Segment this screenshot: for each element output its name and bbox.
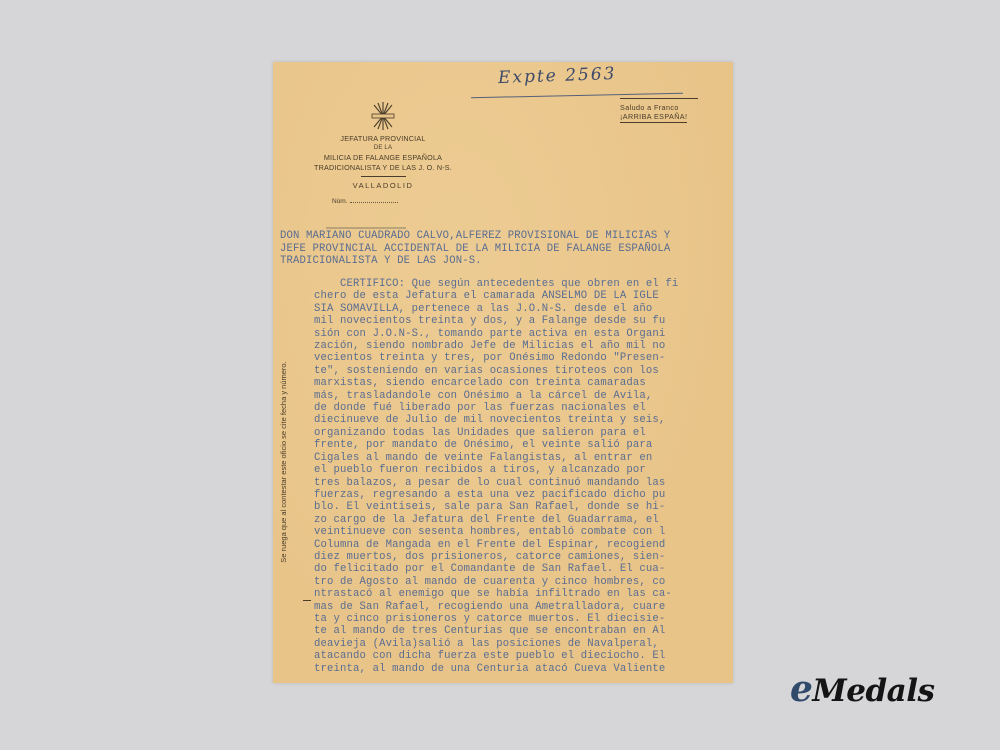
margin-fold-mark — [303, 600, 311, 601]
letterhead-line: MILICIA DE FALANGE ESPAÑOLA — [273, 153, 493, 163]
yoke-and-arrows-icon — [369, 100, 397, 132]
salute-block: Saludo a Franco ¡ARRIBA ESPAÑA! — [620, 98, 698, 123]
margin-instruction: Se ruega que al contestar este oficio se… — [279, 297, 295, 627]
typed-line: ntrastacó al enemigo que se había infilt… — [314, 588, 678, 600]
letterhead-divider — [361, 176, 406, 177]
typed-certificate-body: CERTIFICO: Que según antecedentes que ob… — [314, 278, 678, 675]
typed-line: te al mando de tres Centurias que se enc… — [314, 625, 678, 637]
typed-line: ta y cinco prisioneros y catorce muertos… — [314, 613, 678, 625]
typed-line: do felicitado por el Comandante de San R… — [314, 563, 678, 575]
typed-line: vecientos treinta y tres, por Onésimo Re… — [314, 352, 678, 364]
typed-line: zación, siendo nombrado Jefe de Milicias… — [314, 340, 678, 352]
typed-line: blo. El veintiseis, sale para San Rafael… — [314, 501, 678, 513]
typed-line: más, trasladandole con Onésimo a la cárc… — [314, 390, 678, 402]
typed-line: chero de esta Jefatura el camarada ANSEL… — [314, 290, 678, 302]
typed-line: deavieja (Avila)salió a las posiciones d… — [314, 638, 678, 650]
typed-introduction: DON MARIANO CUADRADO CALVO,ALFEREZ PROVI… — [280, 230, 670, 268]
number-label: Núm. — [332, 198, 348, 205]
document-page: Expte 2563 JEFATURA PROVINCIAL DE LA MIL… — [273, 62, 733, 683]
typed-line: sión con J.O.N-S., tomando parte activa … — [314, 328, 678, 340]
letterhead-line: DE LA — [273, 144, 493, 154]
logo-wordmark: Medals — [812, 673, 934, 709]
number-field: Núm. — [287, 198, 493, 205]
typed-line: JEFE PROVINCIAL ACCIDENTAL DE LA MILICIA… — [280, 243, 670, 256]
letterhead-line: TRADICIONALISTA Y DE LAS J. O. N-S. — [273, 163, 493, 173]
typed-line: CERTIFICO: Que según antecedentes que ob… — [314, 278, 678, 290]
typed-line: el pueblo fueron recibidos a tiros, y al… — [314, 464, 678, 476]
typed-line: diecinueve de Julio de mil novecientos t… — [314, 414, 678, 426]
number-underbar — [326, 227, 406, 229]
typed-line: SIA SOMAVILLA, pertenece a las J.O.N-S. … — [314, 303, 678, 315]
typed-line: TRADICIONALISTA Y DE LAS JON-S. — [280, 255, 670, 268]
emedals-watermark-logo: eMedals — [790, 668, 934, 710]
letterhead-line: JEFATURA PROVINCIAL — [273, 134, 493, 144]
salute-line-2: ¡ARRIBA ESPAÑA! — [620, 112, 687, 123]
typed-line: tres balazos, a pesar de lo cual continu… — [314, 477, 678, 489]
letterhead: JEFATURA PROVINCIAL DE LA MILICIA DE FAL… — [273, 100, 493, 205]
typed-line: de donde fué liberado por las fuerzas na… — [314, 402, 678, 414]
letterhead-city: VALLADOLID — [273, 181, 493, 190]
typed-line: frente, por mandato de Onésimo, el veint… — [314, 439, 678, 451]
typed-line: zo cargo de la Jefatura del Frente del G… — [314, 514, 678, 526]
typed-line: Columna de Mangada en el Frente del Espi… — [314, 539, 678, 551]
typed-line: Cigales al mando de veinte Falangistas, … — [314, 452, 678, 464]
number-blank — [350, 202, 398, 203]
typed-line: veintinueve con sesenta hombres, entabló… — [314, 526, 678, 538]
typed-line: mas de San Rafael, recogiendo una Ametra… — [314, 601, 678, 613]
salute-line-1: Saludo a Franco — [620, 103, 698, 112]
typed-line: marxistas, siendo encarcelado con treint… — [314, 377, 678, 389]
typed-line: tro de Agosto al mando de cuarenta y cin… — [314, 576, 678, 588]
typed-line: te", sosteniendo en varias ocasiones tir… — [314, 365, 678, 377]
typed-line: organizando todas las Unidades que salie… — [314, 427, 678, 439]
typed-line: mil novecientos treinta y dos, y a Falan… — [314, 315, 678, 327]
typed-line: diez muertos, dos prisioneros, catorce c… — [314, 551, 678, 563]
typed-line: DON MARIANO CUADRADO CALVO,ALFEREZ PROVI… — [280, 230, 670, 243]
handwritten-file-number: Expte 2563 — [498, 64, 617, 88]
typed-line: fuerzas, regresando a esta una vez pacif… — [314, 489, 678, 501]
logo-e-mark: e — [790, 668, 812, 710]
typed-line: atacando con dicha fuerza este pueblo el… — [314, 650, 678, 662]
typed-line: treinta, al mando de una Centuria atacó … — [314, 663, 678, 675]
